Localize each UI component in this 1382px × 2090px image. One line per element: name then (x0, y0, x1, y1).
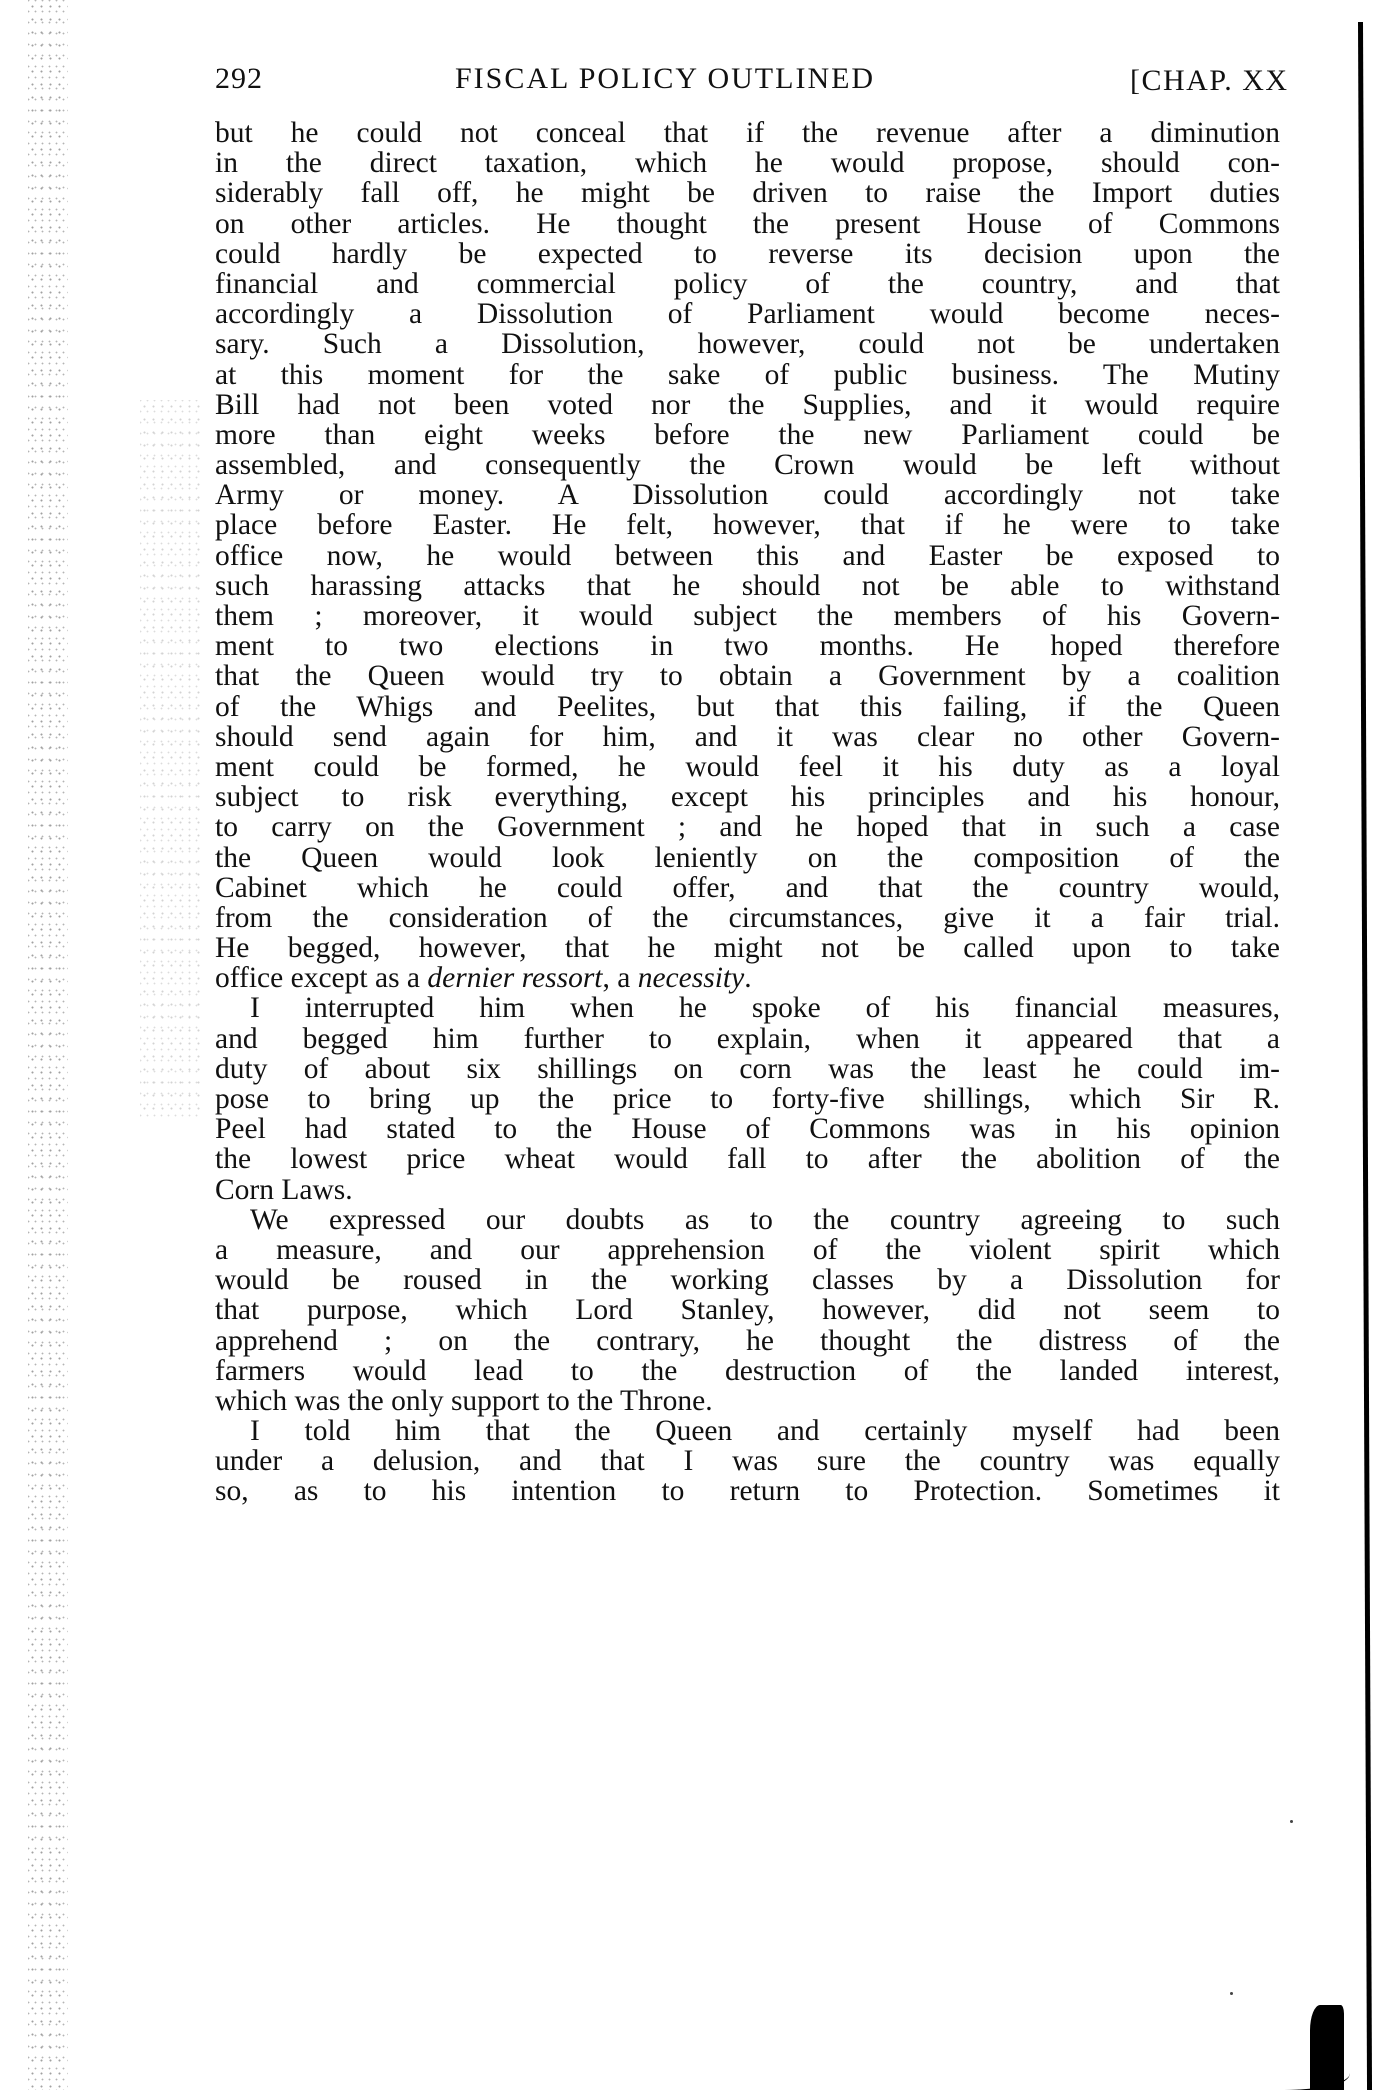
text-fragment: office except as a (215, 962, 427, 994)
text-line: assembled, and consequently the Crown wo… (215, 450, 1280, 480)
text-line: to carry on the Government ; and he hope… (215, 812, 1280, 842)
text-line: farmers would lead to the destruction of… (215, 1356, 1280, 1386)
text-line: siderably fall off, he might be driven t… (215, 178, 1280, 208)
text-line: subject to risk everything, except his p… (215, 782, 1280, 812)
text-line: in the direct taxation, which he would p… (215, 148, 1280, 178)
italic-word-necessity: necessity (638, 962, 744, 994)
text-line: could hardly be expected to reverse its … (215, 239, 1280, 269)
text-line-with-italics: office except as a dernier ressort, a ne… (215, 963, 1280, 993)
text-line: should send again for him, and it was cl… (215, 722, 1280, 752)
text-fragment: . (744, 962, 751, 994)
text-line: and begged him further to explain, when … (215, 1024, 1280, 1054)
paragraph-doubts: We expressed our doubts as to the countr… (215, 1205, 1280, 1416)
running-header: 292 FISCAL POLICY OUTLINED [CHAP. XX (215, 62, 1295, 102)
text-line: that the Queen would try to obtain a Gov… (215, 661, 1280, 691)
text-line: the lowest price wheat would fall to aft… (215, 1144, 1280, 1174)
text-line: that purpose, which Lord Stanley, howeve… (215, 1295, 1280, 1325)
paragraph-interrupted: I interrupted him when he spoke of his f… (215, 993, 1280, 1204)
scan-speck (1230, 1992, 1233, 1995)
text-line: sary. Such a Dissolution, however, could… (215, 329, 1280, 359)
paragraph-told-him: I told him that the Queen and certainly … (215, 1416, 1280, 1507)
text-line: Cabinet which he could offer, and that t… (215, 873, 1280, 903)
text-line: I told him that the Queen and certainly … (215, 1416, 1280, 1446)
right-page-edge-line (1358, 22, 1372, 2090)
text-line: Peel had stated to the House of Commons … (215, 1114, 1280, 1144)
text-line: financial and commercial policy of the c… (215, 269, 1280, 299)
running-title: FISCAL POLICY OUTLINED (455, 62, 875, 96)
text-line: would be roused in the working classes b… (215, 1265, 1280, 1295)
text-line: more than eight weeks before the new Par… (215, 420, 1280, 450)
text-line: pose to bring up the price to forty-five… (215, 1084, 1280, 1114)
body-text: but he could not conceal that if the rev… (215, 118, 1280, 1507)
text-line: the Queen would look leniently on the co… (215, 843, 1280, 873)
italic-phrase-dernier-ressort: dernier ressort (427, 962, 602, 994)
text-line: apprehend ; on the contrary, he thought … (215, 1326, 1280, 1356)
text-line: He begged, however, that he might not be… (215, 933, 1280, 963)
left-margin-scan-noise (28, 0, 68, 2090)
page-number: 292 (215, 62, 263, 96)
text-line: on other articles. He thought the presen… (215, 209, 1280, 239)
text-line: duty of about six shillings on corn was … (215, 1054, 1280, 1084)
text-line: but he could not conceal that if the rev… (215, 118, 1280, 148)
text-line: so, as to his intention to return to Pro… (215, 1476, 1280, 1506)
text-line: Corn Laws. (215, 1175, 1280, 1205)
text-line: ment to two elections in two months. He … (215, 631, 1280, 661)
text-line: I interrupted him when he spoke of his f… (215, 993, 1280, 1023)
text-line: We expressed our doubts as to the countr… (215, 1205, 1280, 1235)
text-line: Army or money. A Dissolution could accor… (215, 480, 1280, 510)
text-line: under a delusion, and that I was sure th… (215, 1446, 1280, 1476)
text-line: such harassing attacks that he should no… (215, 571, 1280, 601)
text-line: which was the only support to the Throne… (215, 1386, 1280, 1416)
paragraph-continued: but he could not conceal that if the rev… (215, 118, 1280, 993)
left-margin-scan-noise-faint (140, 400, 200, 1120)
page-edge-curl (1240, 2060, 1350, 2090)
scanned-book-page: 292 FISCAL POLICY OUTLINED [CHAP. XX but… (0, 0, 1382, 2090)
text-line: office now, he would between this and Ea… (215, 541, 1280, 571)
text-line: Bill had not been voted nor the Supplies… (215, 390, 1280, 420)
text-line: at this moment for the sake of public bu… (215, 360, 1280, 390)
text-line: them ; moreover, it would subject the me… (215, 601, 1280, 631)
text-line: from the consideration of the circumstan… (215, 903, 1280, 933)
text-line: accordingly a Dissolution of Parliament … (215, 299, 1280, 329)
chapter-reference: [CHAP. XX (1130, 64, 1289, 98)
text-line: ment could be formed, he would feel it h… (215, 752, 1280, 782)
text-fragment: , a (603, 962, 638, 994)
scan-speck (1290, 1820, 1293, 1823)
text-line: a measure, and our apprehension of the v… (215, 1235, 1280, 1265)
text-line: of the Whigs and Peelites, but that this… (215, 692, 1280, 722)
text-line: place before Easter. He felt, however, t… (215, 510, 1280, 540)
